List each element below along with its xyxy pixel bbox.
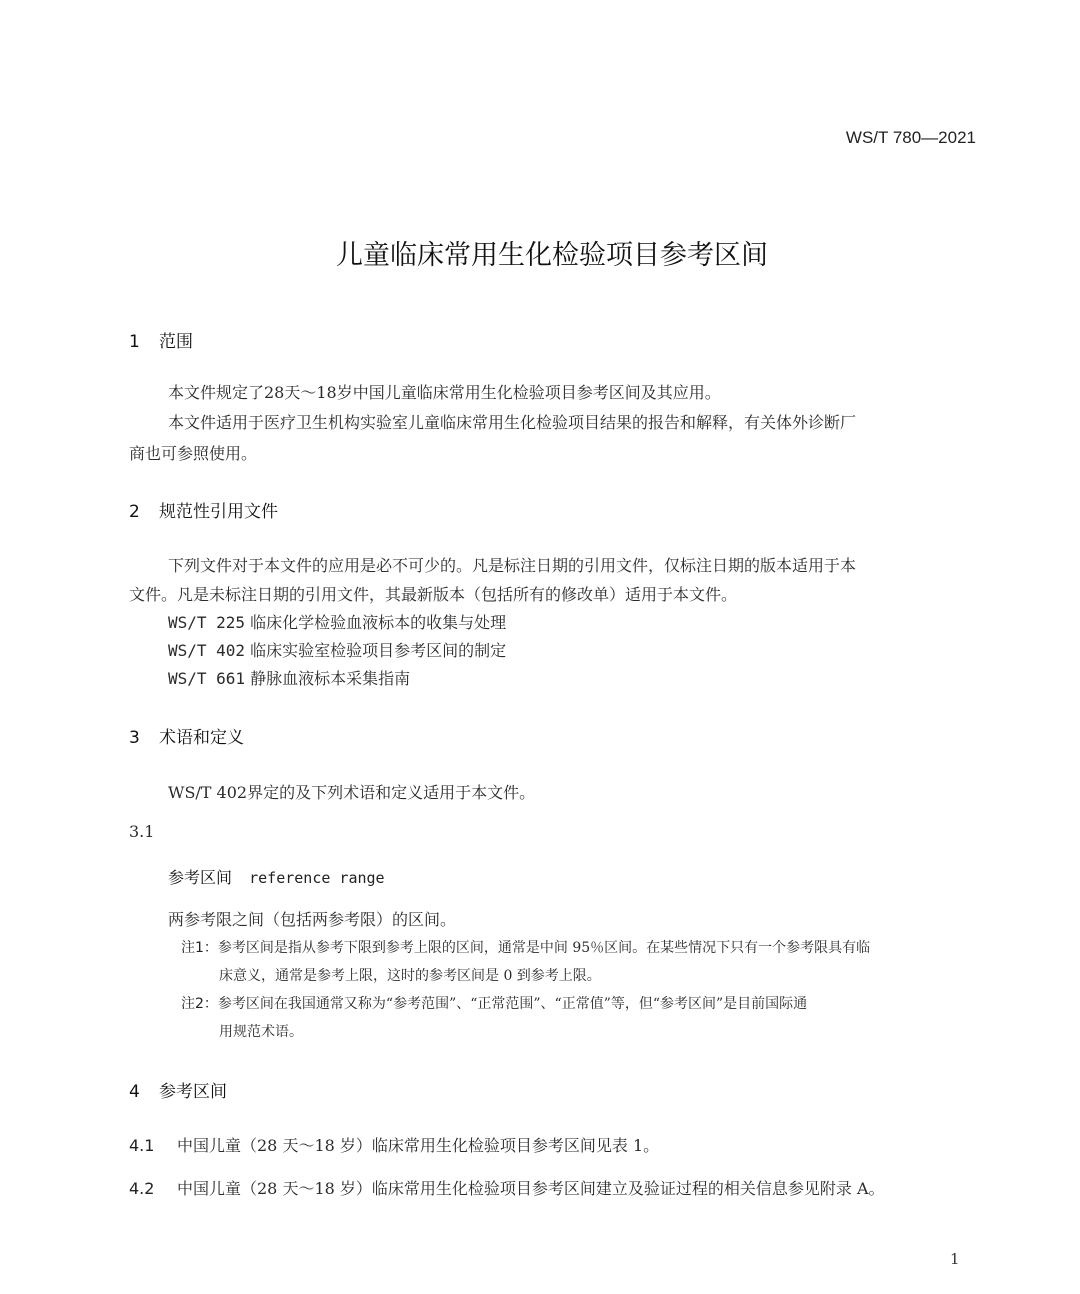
note-1: 注1：参考区间是指从参考下限到参考上限的区间，通常是中间 95％区间。在某些情况… — [181, 937, 870, 957]
section-number: 2 — [129, 502, 159, 522]
section-number: 1 — [129, 332, 159, 352]
reference-item: WS/T 661 静脉血液标本采集指南 — [168, 666, 410, 689]
subsection-number: 4.2 — [129, 1179, 177, 1198]
reference-code: WS/T 661 — [168, 669, 245, 688]
subsection-number: 4.1 — [129, 1136, 177, 1155]
page-number: 1 — [950, 1250, 960, 1268]
paragraph-continuation: 商也可参照使用。 — [129, 441, 257, 464]
section-title: 参考区间 — [159, 1082, 227, 1102]
section-2-heading: 2规范性引用文件 — [129, 497, 278, 522]
paragraph: 下列文件对于本文件的应用是必不可少的。凡是标注日期的引用文件，仅标注日期的版本适… — [168, 553, 856, 576]
section-title: 范围 — [159, 332, 193, 352]
term-number: 3.1 — [129, 822, 154, 841]
reference-code: WS/T 225 — [168, 613, 245, 632]
subsection-text: 中国儿童（28 天～18 岁）临床常用生化检验项目参考区间见表 1。 — [177, 1136, 659, 1155]
reference-item: WS/T 225 临床化学检验血液标本的收集与处理 — [168, 610, 506, 633]
subsection-4-1: 4.1中国儿童（28 天～18 岁）临床常用生化检验项目参考区间见表 1。 — [129, 1133, 659, 1156]
note-label: 注1： — [181, 940, 218, 956]
reference-title: 临床化学检验血液标本的收集与处理 — [250, 613, 506, 632]
reference-item: WS/T 402 临床实验室检验项目参考区间的制定 — [168, 638, 506, 661]
term-english: reference range — [249, 869, 384, 887]
paragraph: 本文件适用于医疗卫生机构实验室儿童临床常用生化检验项目结果的报告和解释，有关体外… — [168, 410, 856, 433]
note-text: 参考区间在我国通常又称为“参考范围”、“正常范围”、“正常值”等，但“参考区间”… — [218, 996, 807, 1012]
term-definition: 两参考限之间（包括两参考限）的区间。 — [168, 907, 456, 930]
term-entry: 参考区间 reference range — [168, 865, 385, 888]
subsection-4-2: 4.2中国儿童（28 天～18 岁）临床常用生化检验项目参考区间建立及验证过程的… — [129, 1176, 885, 1199]
note-2: 注2：参考区间在我国通常又称为“参考范围”、“正常范围”、“正常值”等，但“参考… — [181, 993, 807, 1013]
note-2-continuation: 用规范术语。 — [219, 1021, 303, 1041]
section-title: 规范性引用文件 — [159, 502, 278, 522]
note-text: 参考区间是指从参考下限到参考上限的区间，通常是中间 95％区间。在某些情况下只有… — [218, 940, 870, 956]
section-1-heading: 1范围 — [129, 327, 193, 352]
paragraph: 本文件规定了28天～18岁中国儿童临床常用生化检验项目参考区间及其应用。 — [168, 380, 721, 403]
subsection-text: 中国儿童（28 天～18 岁）临床常用生化检验项目参考区间建立及验证过程的相关信… — [177, 1179, 885, 1198]
paragraph-continuation: 文件。凡是未标注日期的引用文件，其最新版本（包括所有的修改单）适用于本文件。 — [129, 582, 737, 605]
section-4-heading: 4参考区间 — [129, 1077, 227, 1102]
document-title: 儿童临床常用生化检验项目参考区间 — [0, 233, 1080, 272]
note-1-continuation: 床意义，通常是参考上限，这时的参考区间是 0 到参考上限。 — [219, 965, 601, 985]
section-number: 4 — [129, 1082, 159, 1102]
standard-number: WS/T 780—2021 — [846, 128, 976, 148]
note-label: 注2： — [181, 996, 218, 1012]
paragraph: WS/T 402界定的及下列术语和定义适用于本文件。 — [168, 780, 535, 803]
term-chinese: 参考区间 — [168, 868, 232, 887]
section-3-heading: 3术语和定义 — [129, 723, 244, 748]
section-title: 术语和定义 — [159, 728, 244, 748]
reference-title: 临床实验室检验项目参考区间的制定 — [250, 641, 506, 660]
reference-code: WS/T 402 — [168, 641, 245, 660]
section-number: 3 — [129, 728, 159, 748]
reference-title: 静脉血液标本采集指南 — [250, 669, 410, 688]
